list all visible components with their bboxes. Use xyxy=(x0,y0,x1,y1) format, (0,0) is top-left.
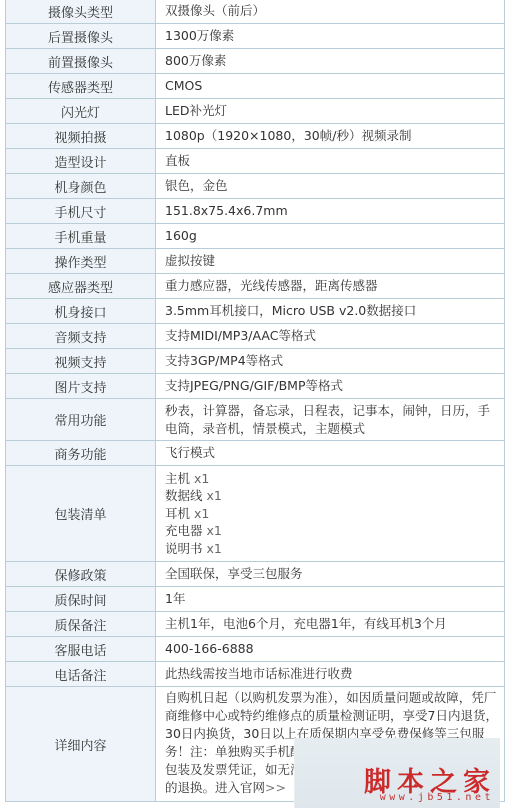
row-label: 电话备注 xyxy=(6,662,156,687)
package-item: 充电器 x1 xyxy=(165,522,498,540)
table-row: 质保备注 主机1年，电池6个月，充电器1年，有线耳机3个月 xyxy=(6,612,505,637)
package-item-name: 耳机 xyxy=(165,506,190,521)
table-row: 商务功能 飞行模式 xyxy=(6,441,505,466)
row-label: 保修政策 xyxy=(6,562,156,587)
row-value: 双摄像头（前后） xyxy=(156,0,505,24)
table-row: 传感器类型 CMOS xyxy=(6,74,505,99)
row-label: 详细内容 xyxy=(6,687,156,802)
row-value: 虚拟按键 xyxy=(156,249,505,274)
row-label: 商务功能 xyxy=(6,441,156,466)
table-row: 后置摄像头 1300万像素 xyxy=(6,24,505,49)
row-value: 1300万像素 xyxy=(156,24,505,49)
table-row: 造型设计 直板 xyxy=(6,149,505,174)
package-item-qty: x1 xyxy=(207,523,222,538)
spec-table: 摄像头类型 双摄像头（前后） 后置摄像头 1300万像素 前置摄像头 800万像… xyxy=(5,0,505,802)
official-site-link[interactable]: 进入官网>> xyxy=(215,780,286,795)
table-row-package-list: 包装清单 主机 x1 数据线 x1 耳机 x1 充电器 x1 说明书 x1 xyxy=(6,466,505,562)
table-row: 质保时间 1年 xyxy=(6,587,505,612)
package-item: 主机 x1 xyxy=(165,470,498,488)
table-row: 闪光灯 LED补光灯 xyxy=(6,99,505,124)
row-value: 支持3GP/MP4等格式 xyxy=(156,349,505,374)
row-label: 机身接口 xyxy=(6,299,156,324)
row-label: 前置摄像头 xyxy=(6,49,156,74)
row-label: 手机重量 xyxy=(6,224,156,249)
row-label: 机身颜色 xyxy=(6,174,156,199)
row-label: 图片支持 xyxy=(6,374,156,399)
row-value: CMOS xyxy=(156,74,505,99)
customer-service-phone: 400-166-6888 xyxy=(156,637,505,662)
row-value: 主机1年，电池6个月，充电器1年，有线耳机3个月 xyxy=(156,612,505,637)
row-value: 此热线需按当地市话标准进行收费 xyxy=(156,662,505,687)
table-row: 视频支持 支持3GP/MP4等格式 xyxy=(6,349,505,374)
double-arrow-icon: >> xyxy=(265,780,286,795)
table-row: 感应器类型 重力感应器，光线传感器，距离传感器 xyxy=(6,274,505,299)
table-row: 机身颜色 银色，金色 xyxy=(6,174,505,199)
package-item-qty: x1 xyxy=(194,471,209,486)
package-item: 耳机 x1 xyxy=(165,505,498,523)
row-value: 银色，金色 xyxy=(156,174,505,199)
official-site-link-label: 进入官网 xyxy=(215,780,265,795)
row-label: 视频拍摄 xyxy=(6,124,156,149)
package-item-name: 数据线 xyxy=(165,488,203,503)
table-row: 手机尺寸 151.8x75.4x6.7mm xyxy=(6,199,505,224)
row-value: LED补光灯 xyxy=(156,99,505,124)
table-row: 保修政策 全国联保，享受三包服务 xyxy=(6,562,505,587)
package-item-name: 主机 xyxy=(165,471,190,486)
row-value: 支持JPEG/PNG/GIF/BMP等格式 xyxy=(156,374,505,399)
row-label: 包装清单 xyxy=(6,466,156,562)
row-label: 质保备注 xyxy=(6,612,156,637)
row-value: 飞行模式 xyxy=(156,441,505,466)
row-value: 秒表，计算器，备忘录，日程表，记事本，闹钟，日历，手电筒，录音机，情景模式，主题… xyxy=(156,399,505,441)
row-value: 151.8x75.4x6.7mm xyxy=(156,199,505,224)
row-label: 传感器类型 xyxy=(6,74,156,99)
table-row: 音频支持 支持MIDI/MP3/AAC等格式 xyxy=(6,324,505,349)
table-row: 操作类型 虚拟按键 xyxy=(6,249,505,274)
table-row: 机身接口 3.5mm耳机接口，Micro USB v2.0数据接口 xyxy=(6,299,505,324)
row-label: 感应器类型 xyxy=(6,274,156,299)
table-row: 摄像头类型 双摄像头（前后） xyxy=(6,0,505,24)
row-value: 3.5mm耳机接口，Micro USB v2.0数据接口 xyxy=(156,299,505,324)
row-label: 手机尺寸 xyxy=(6,199,156,224)
row-value: 1080p（1920×1080，30帧/秒）视频录制 xyxy=(156,124,505,149)
row-value: 重力感应器，光线传感器，距离传感器 xyxy=(156,274,505,299)
row-label: 视频支持 xyxy=(6,349,156,374)
table-row: 电话备注 此热线需按当地市话标准进行收费 xyxy=(6,662,505,687)
table-row: 图片支持 支持JPEG/PNG/GIF/BMP等格式 xyxy=(6,374,505,399)
table-row: 前置摄像头 800万像素 xyxy=(6,49,505,74)
row-label: 质保时间 xyxy=(6,587,156,612)
row-label: 常用功能 xyxy=(6,399,156,441)
package-item: 说明书 x1 xyxy=(165,540,498,558)
row-value: 160g xyxy=(156,224,505,249)
row-label: 操作类型 xyxy=(6,249,156,274)
package-item-qty: x1 xyxy=(207,488,222,503)
package-item: 数据线 x1 xyxy=(165,487,498,505)
row-value: 直板 xyxy=(156,149,505,174)
row-label: 闪光灯 xyxy=(6,99,156,124)
row-label: 音频支持 xyxy=(6,324,156,349)
table-row: 视频拍摄 1080p（1920×1080，30帧/秒）视频录制 xyxy=(6,124,505,149)
row-label: 造型设计 xyxy=(6,149,156,174)
package-item-name: 说明书 xyxy=(165,541,203,556)
row-value: 800万像素 xyxy=(156,49,505,74)
package-item-qty: x1 xyxy=(194,506,209,521)
row-value: 支持MIDI/MP3/AAC等格式 xyxy=(156,324,505,349)
row-label: 后置摄像头 xyxy=(6,24,156,49)
package-list: 主机 x1 数据线 x1 耳机 x1 充电器 x1 说明书 x1 xyxy=(156,466,505,562)
row-value: 1年 xyxy=(156,587,505,612)
package-item-qty: x1 xyxy=(207,541,222,556)
table-row: 常用功能 秒表，计算器，备忘录，日程表，记事本，闹钟，日历，手电筒，录音机，情景… xyxy=(6,399,505,441)
table-row: 客服电话 400-166-6888 xyxy=(6,637,505,662)
row-label: 客服电话 xyxy=(6,637,156,662)
row-value: 全国联保，享受三包服务 xyxy=(156,562,505,587)
package-item-name: 充电器 xyxy=(165,523,203,538)
watermark: 脚本之家 www.jb51.net xyxy=(294,738,500,808)
watermark-url: www.jb51.net xyxy=(380,792,494,803)
table-row: 手机重量 160g xyxy=(6,224,505,249)
row-label: 摄像头类型 xyxy=(6,0,156,24)
